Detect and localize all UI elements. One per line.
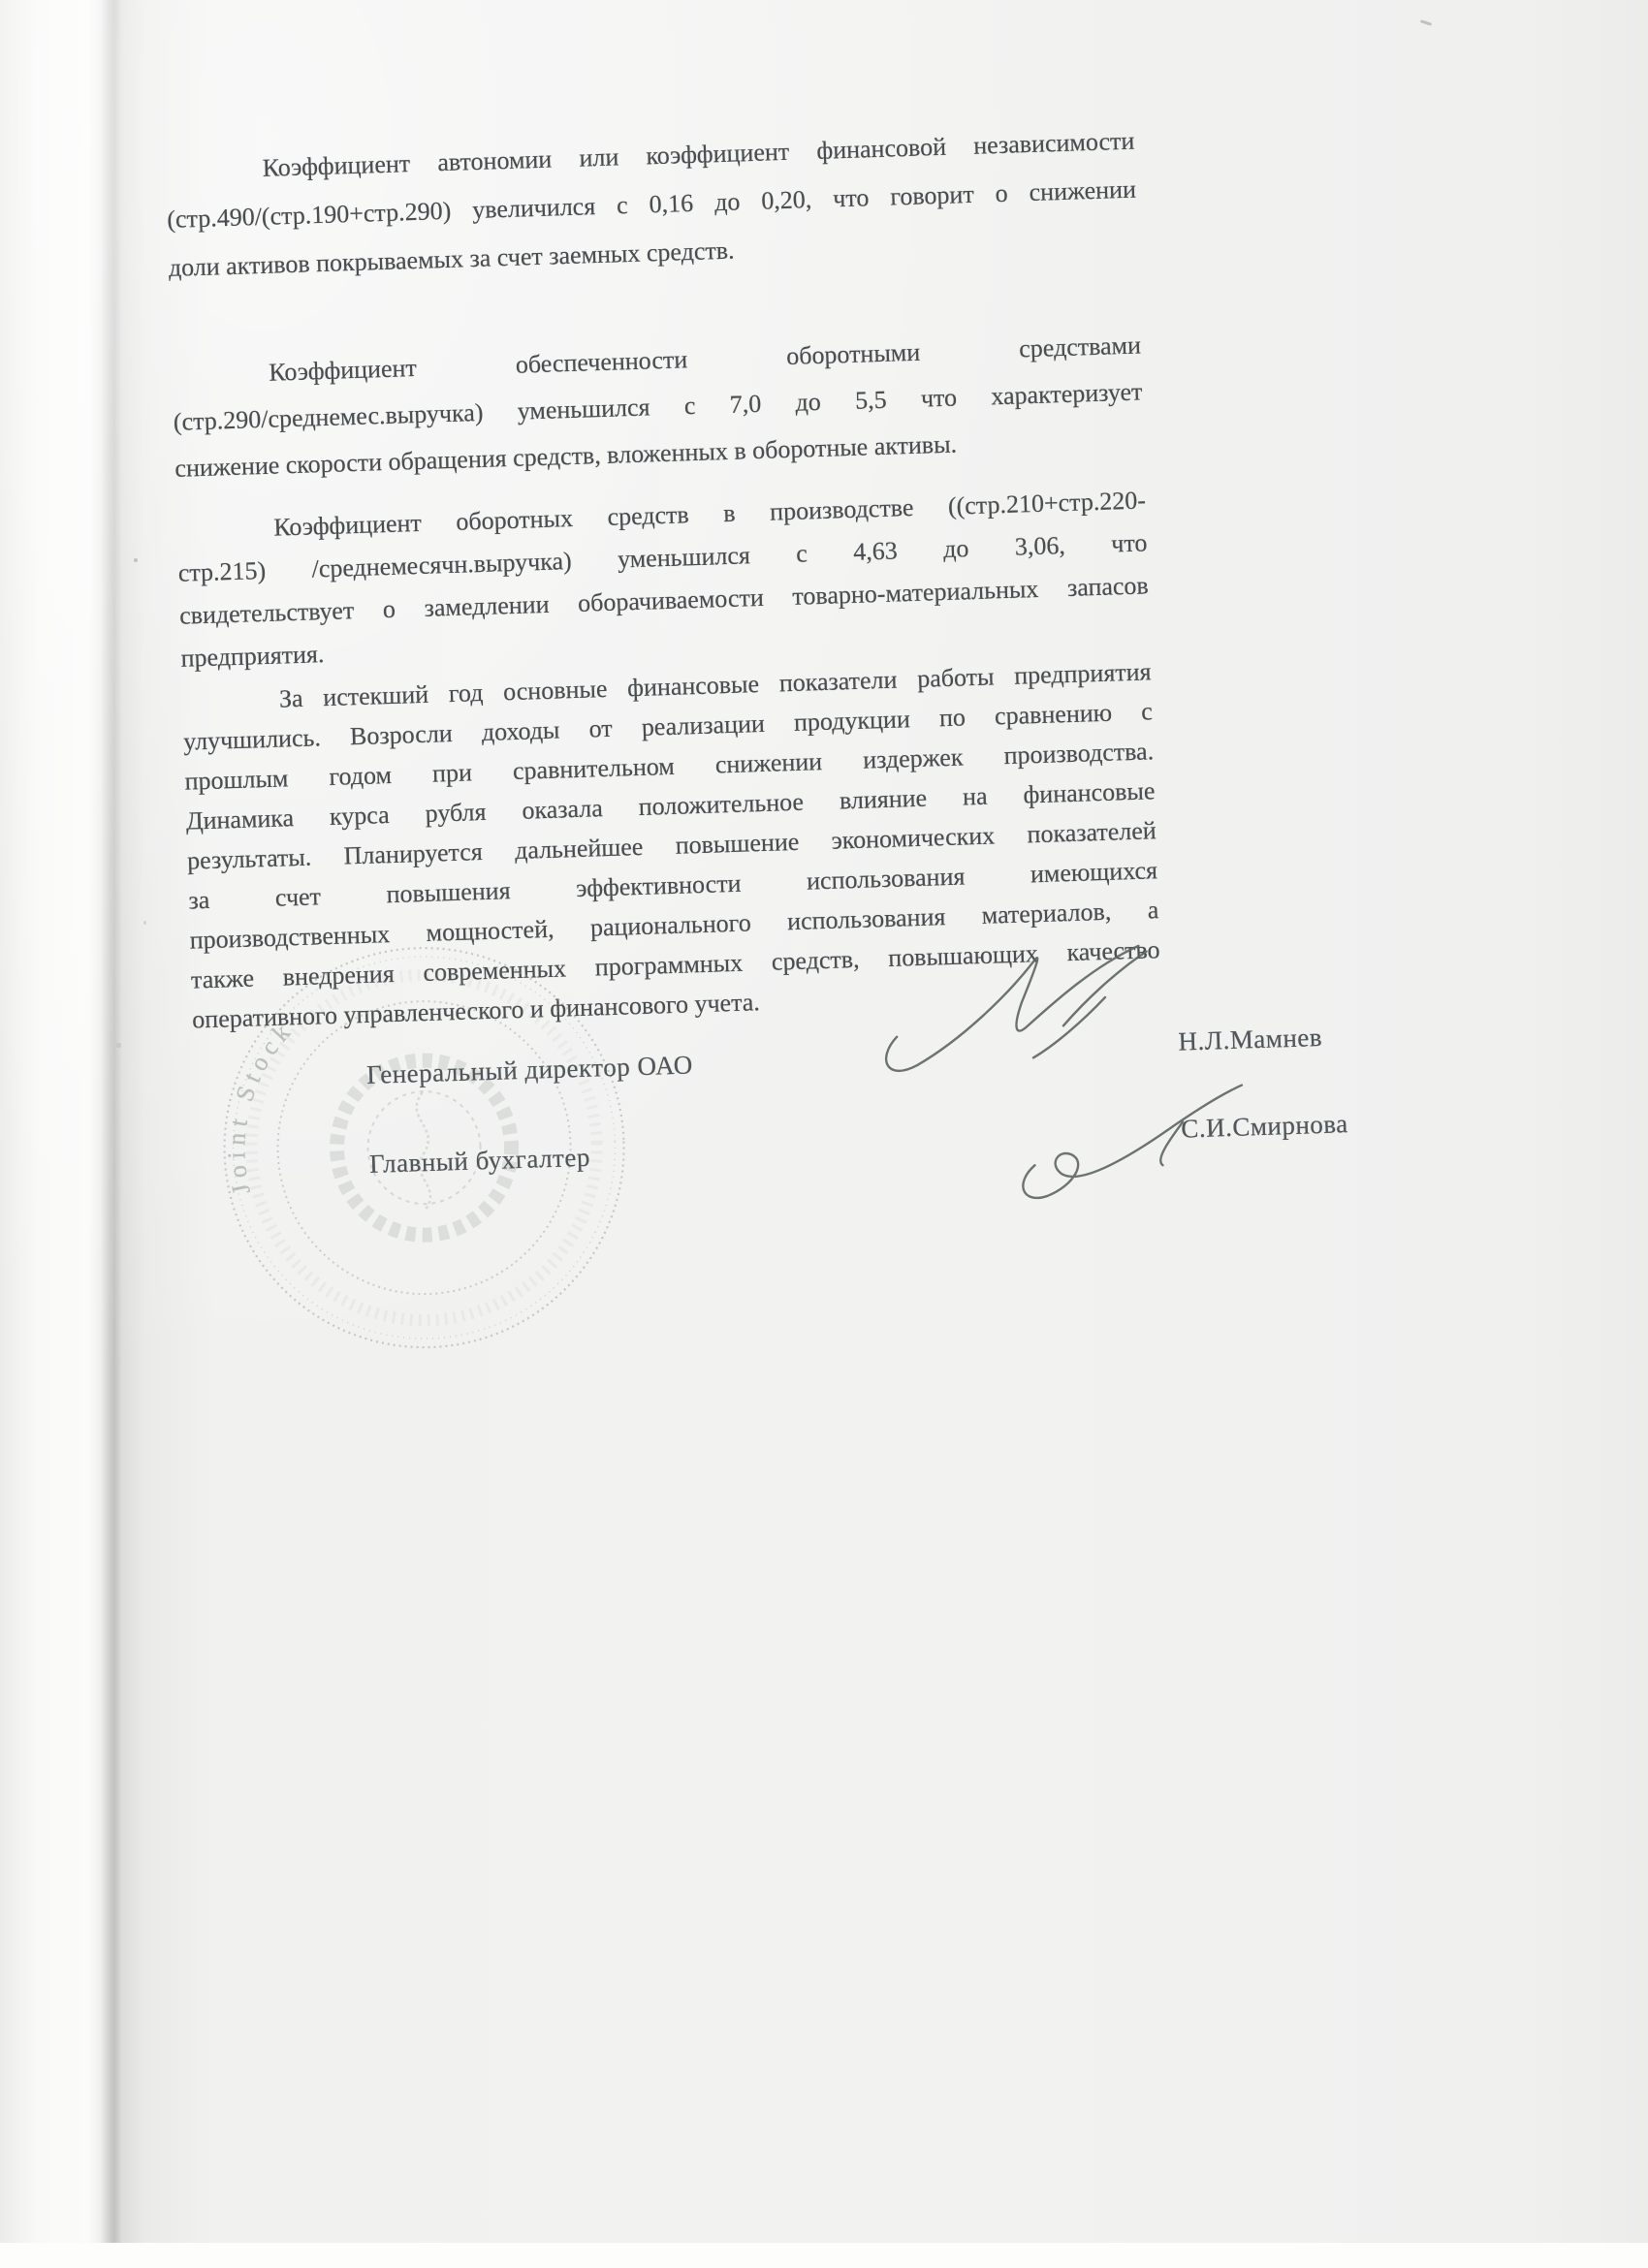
scan-edge	[0, 2243, 1648, 2268]
scan-speck	[134, 558, 138, 562]
paragraph: Коэффициент автономии или коэффициент фи…	[165, 117, 1138, 293]
scan-speck	[116, 1043, 121, 1048]
signature-name-director: Н.Л.Мамнев	[1178, 1023, 1322, 1057]
scanned-page: { "page": { "kind": "scanned financial r…	[0, 0, 1648, 2268]
scan-speck	[143, 921, 146, 925]
paragraph: Коэффициент оборотных средств в производ…	[176, 479, 1151, 679]
paragraph: Коэффициент обеспеченности оборотными ср…	[172, 322, 1145, 491]
document-content: Joint Stock Коэффициент автономии или ко…	[165, 117, 1175, 1456]
document-paragraphs: Коэффициент автономии или коэффициент фи…	[165, 117, 1161, 1040]
chief-accountant-signature	[999, 1075, 1265, 1223]
svg-text:Joint Stock: Joint Stock	[218, 1014, 304, 1197]
stamp-arc-text: Joint Stock	[218, 1014, 304, 1197]
scan-speck	[1420, 19, 1432, 26]
